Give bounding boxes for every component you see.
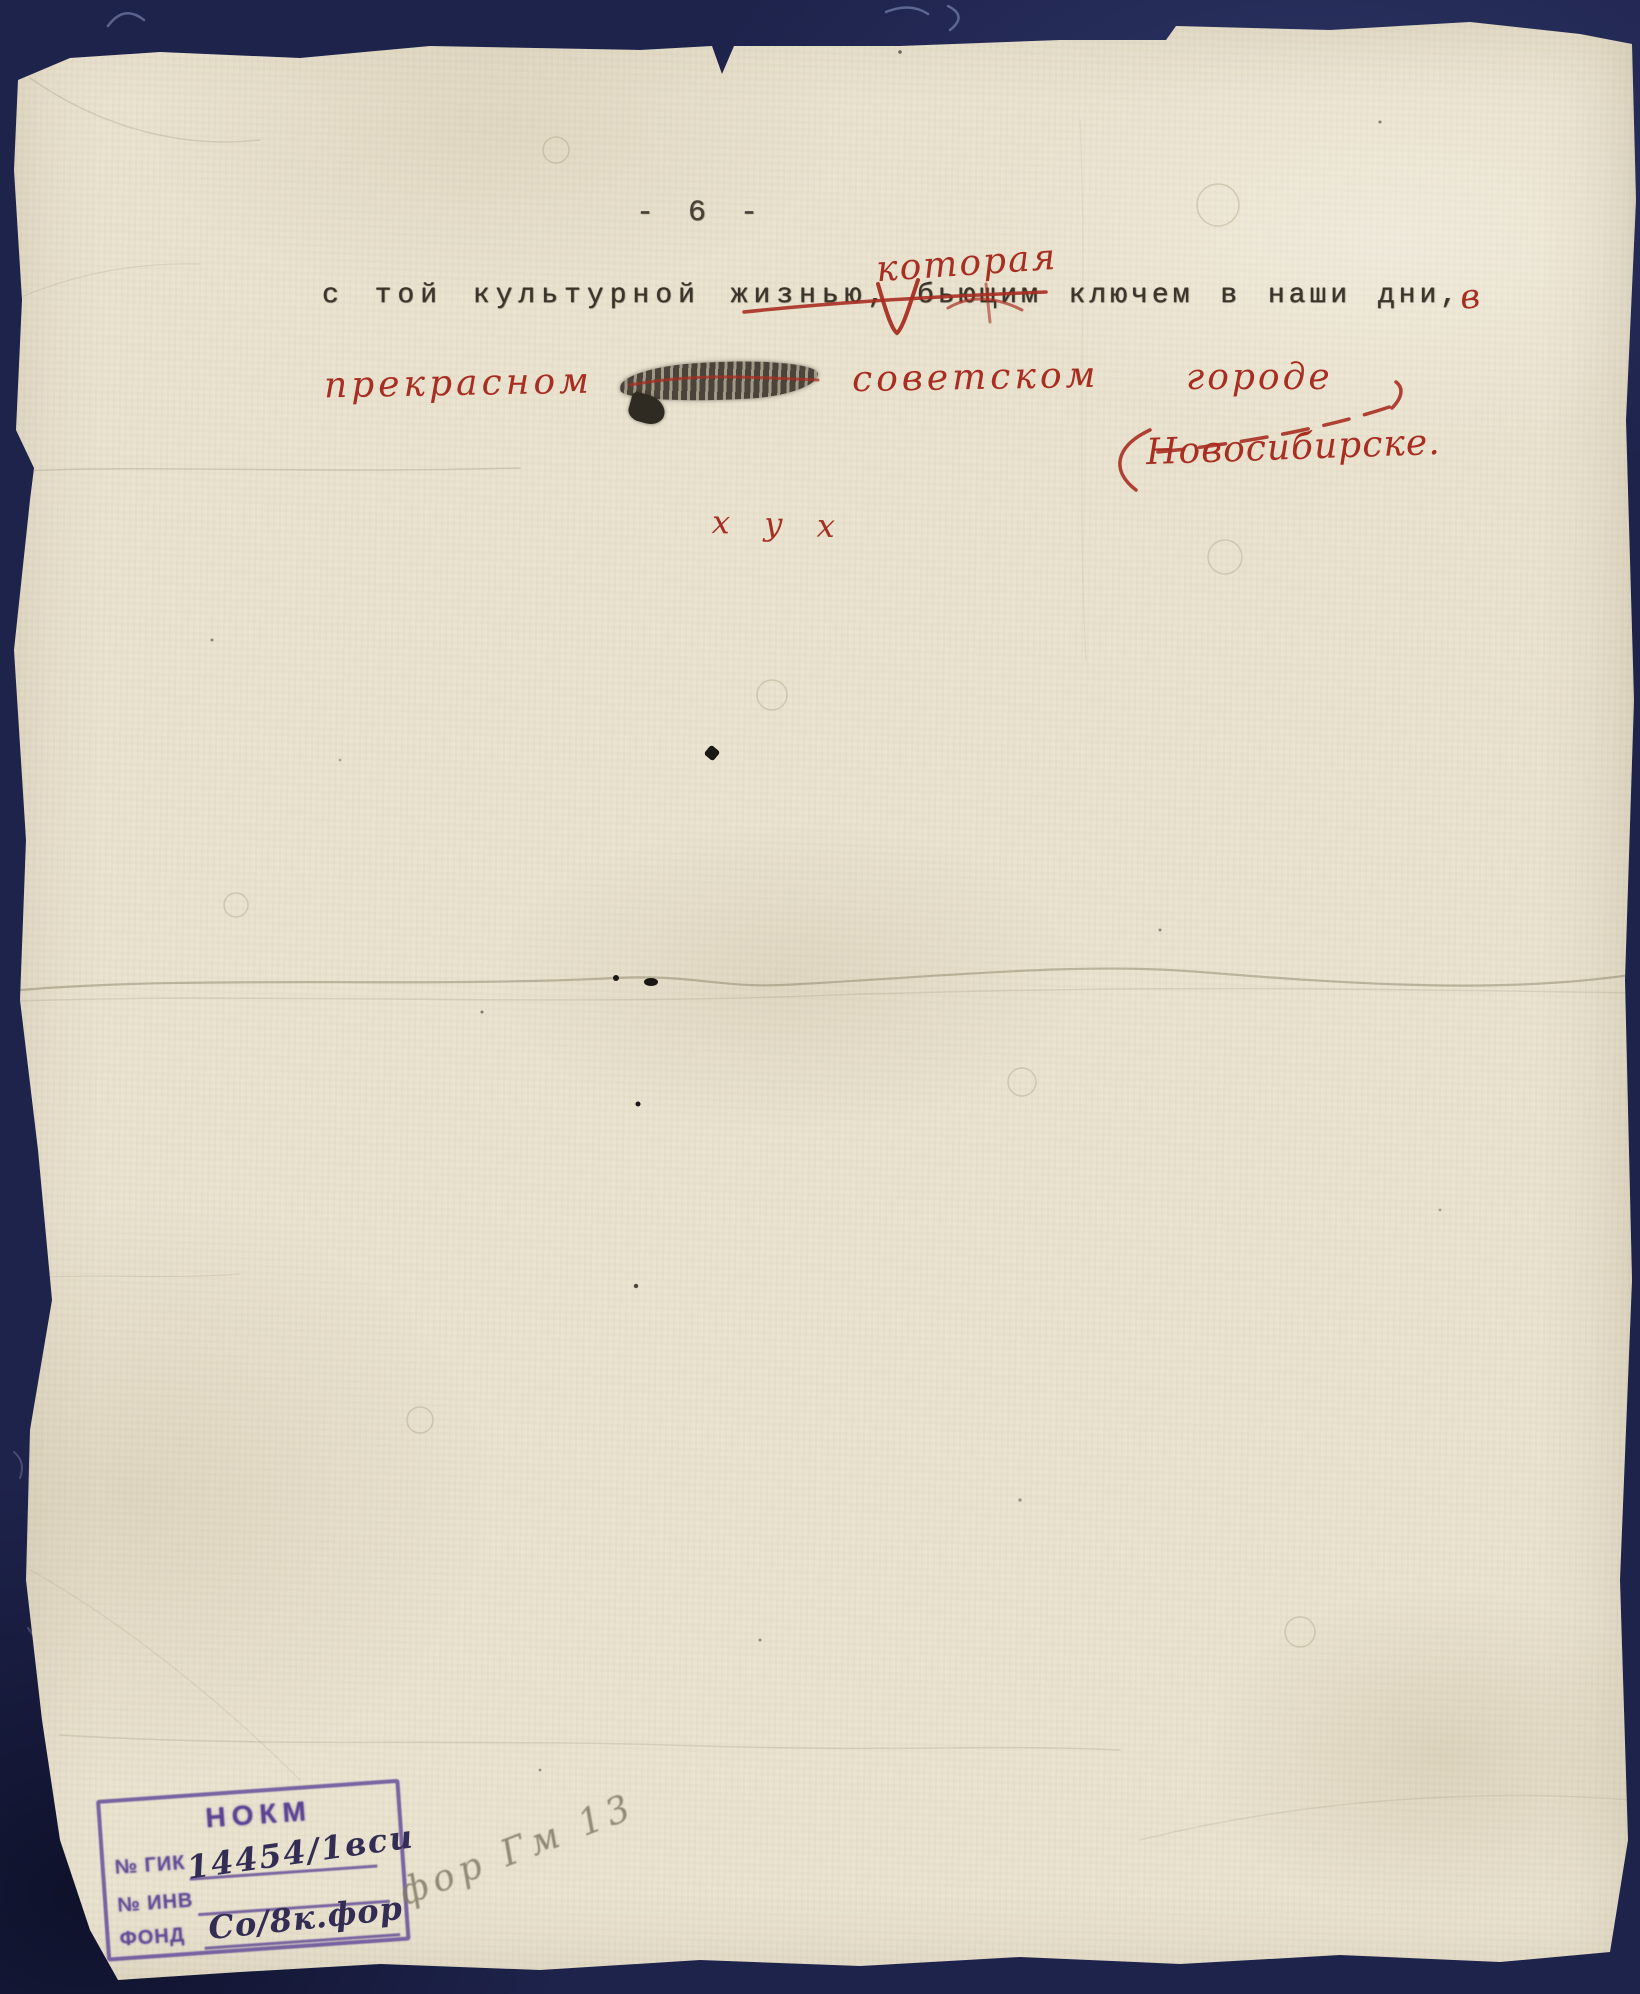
red-ink-strokes	[0, 0, 1640, 1994]
novosibirske-paren	[1120, 430, 1150, 490]
gorode-swoosh	[1158, 404, 1398, 452]
blob-red-stroke	[630, 377, 818, 385]
stamp-org-name: НОКМ	[204, 1795, 312, 1834]
stamp-row2-label: № ИНВ	[117, 1889, 195, 1917]
insertion-caret-stroke	[878, 280, 918, 333]
paper-sheet: - 6 - с той культурной жизнью, бьющим кл…	[0, 0, 1640, 1994]
scanned-document: - 6 - с той культурной жизнью, бьющим кл…	[0, 0, 1640, 1994]
overstrike-squiggle	[948, 299, 1022, 310]
gorode-swoosh-hook	[1392, 382, 1401, 408]
stamp-row3-label: ФОНД	[119, 1924, 186, 1952]
overstrike-tick	[986, 284, 990, 322]
stamp-row1-label: № ГИК	[114, 1852, 186, 1880]
